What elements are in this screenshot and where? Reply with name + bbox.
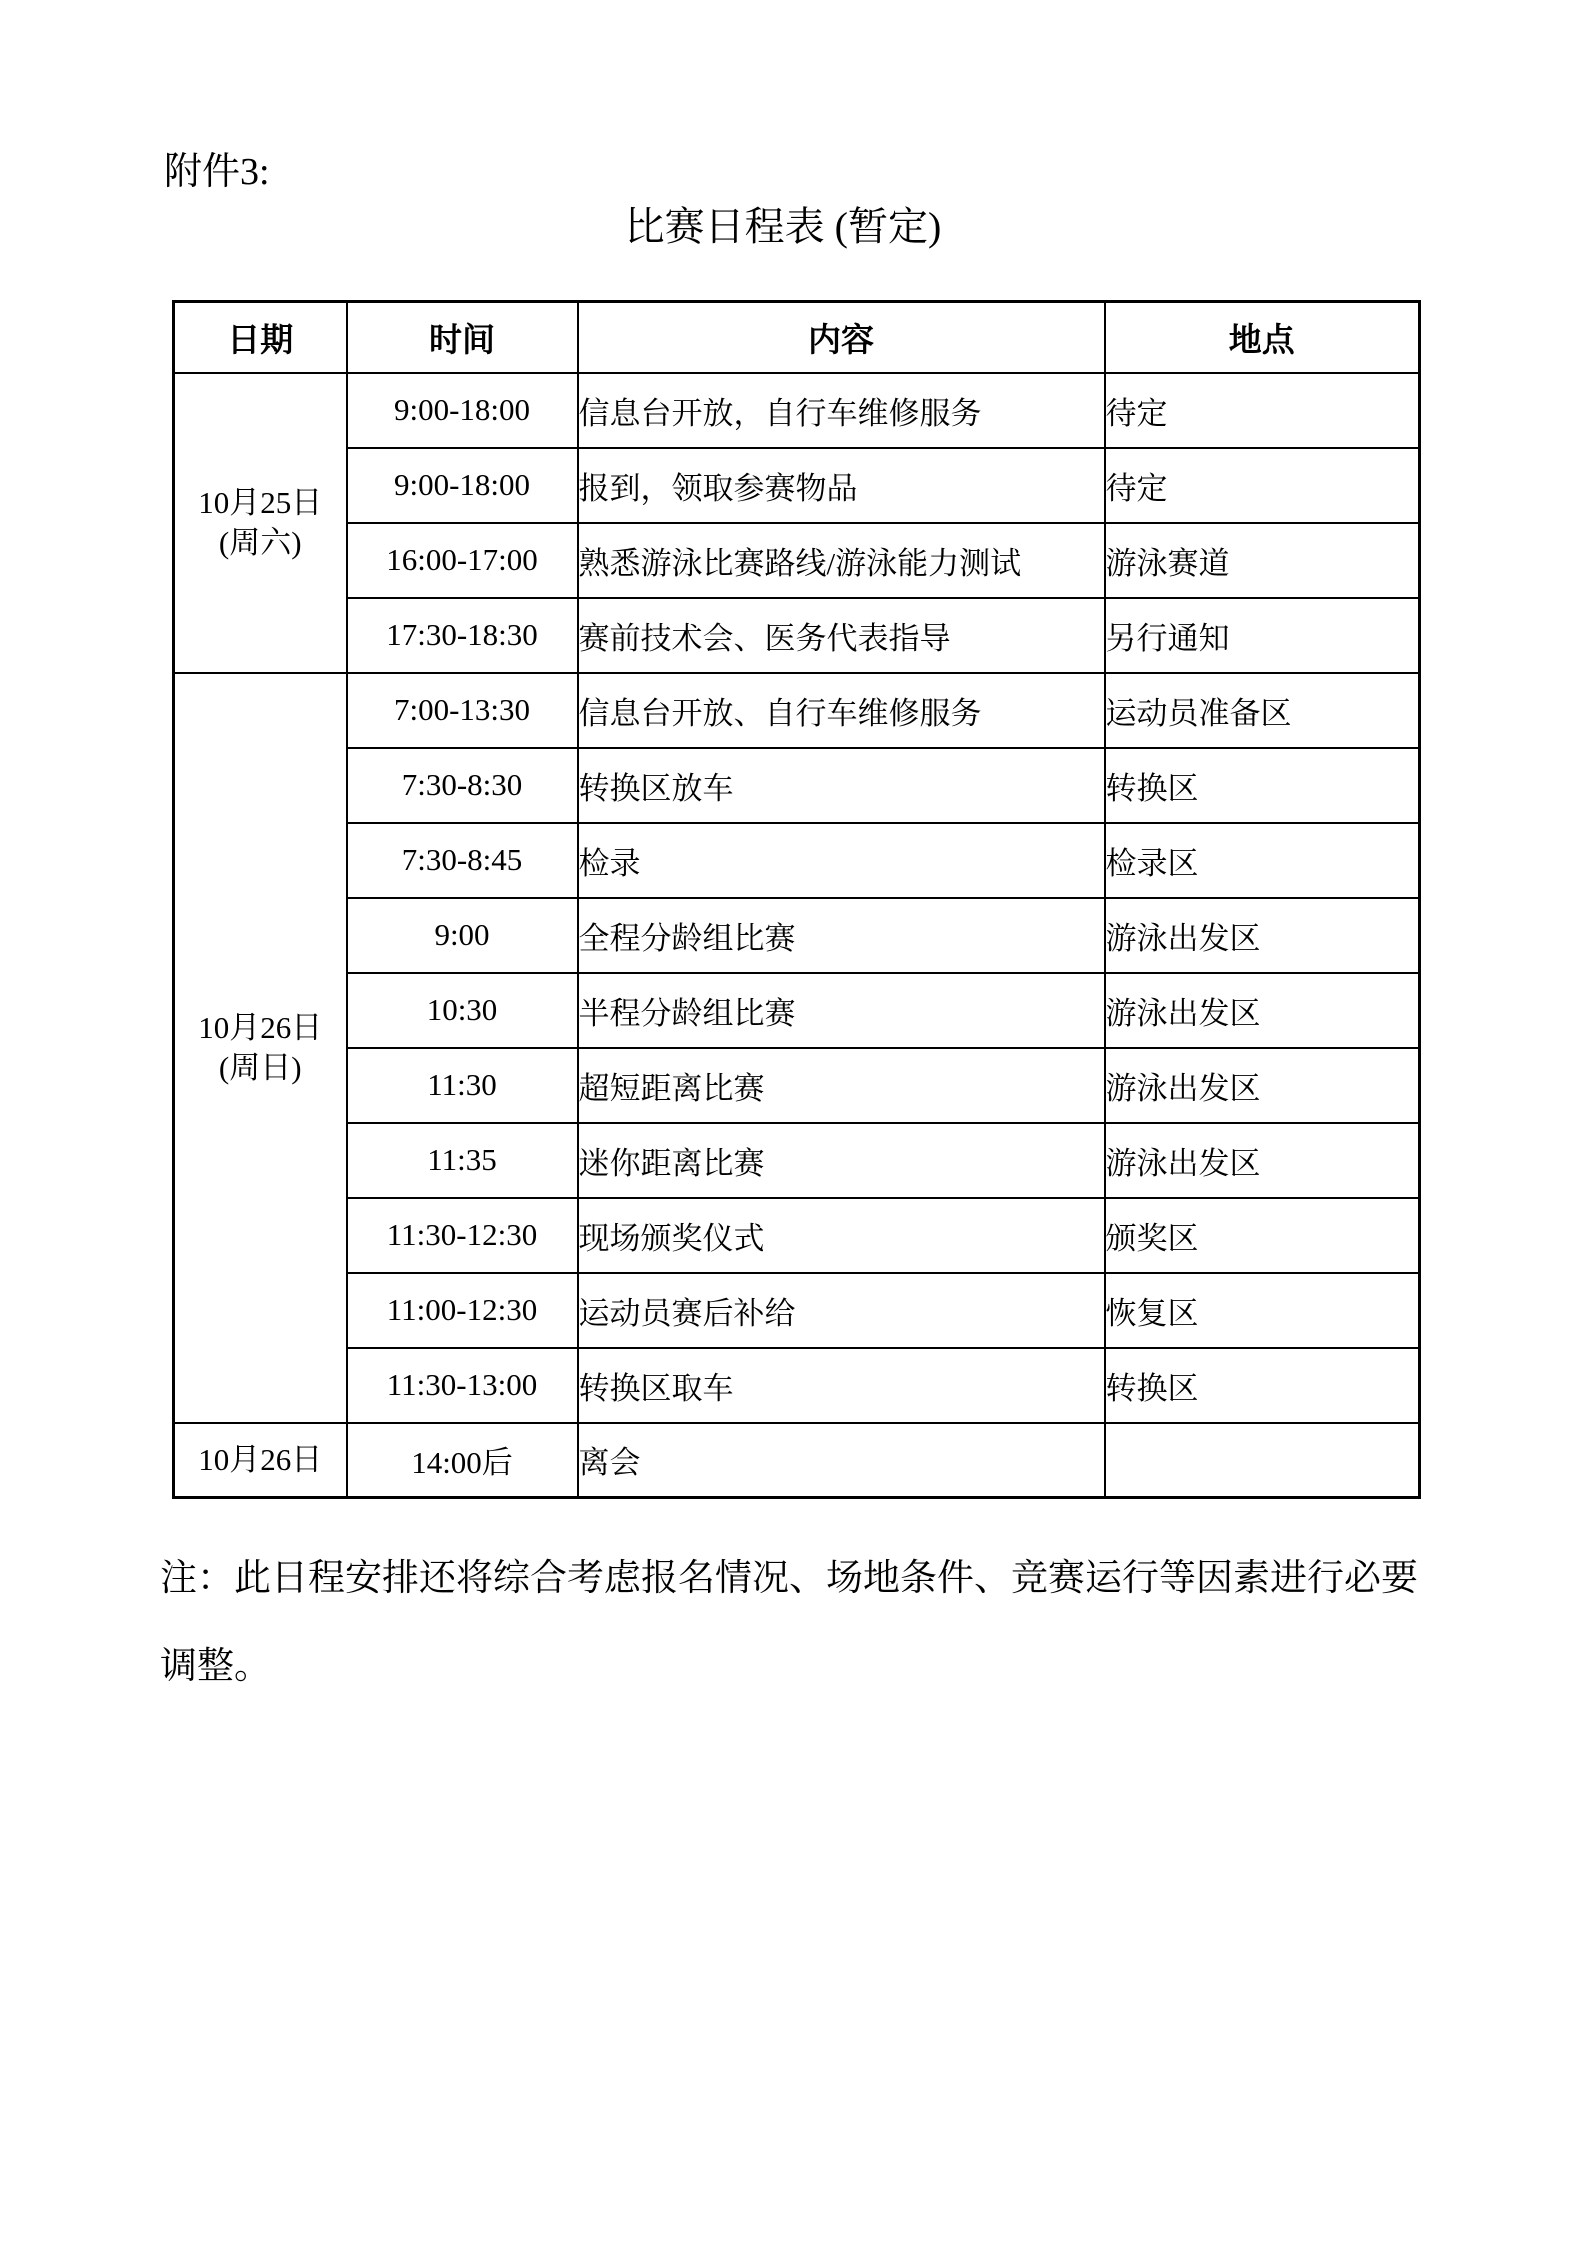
table-body: 10月25日(周六)9:00-18:00信息台开放，自行车维修服务待定9:00-…	[174, 373, 1420, 1498]
weekday-text: (周六)	[175, 523, 346, 563]
location-cell: 颁奖区	[1105, 1198, 1420, 1273]
table-row: 11:35迷你距离比赛游泳出发区	[174, 1123, 1420, 1198]
content-cell: 迷你距离比赛	[578, 1123, 1105, 1198]
location-cell: 检录区	[1105, 823, 1420, 898]
date-cell: 10月26日(周日)	[174, 673, 347, 1423]
time-cell: 17:30-18:30	[347, 598, 578, 673]
header-content: 内容	[578, 302, 1105, 373]
table-row: 16:00-17:00熟悉游泳比赛路线/游泳能力测试游泳赛道	[174, 523, 1420, 598]
location-cell: 运动员准备区	[1105, 673, 1420, 748]
table-row: 9:00全程分龄组比赛游泳出发区	[174, 898, 1420, 973]
table-row: 11:30-13:00转换区取车转换区	[174, 1348, 1420, 1423]
time-cell: 11:30	[347, 1048, 578, 1123]
time-cell: 9:00-18:00	[347, 373, 578, 448]
attachment-label: 附件3:	[164, 140, 270, 195]
time-cell: 10:30	[347, 973, 578, 1048]
footnote: 注：此日程安排还将综合考虑报名情况、场地条件、竞赛运行等因素进行必要 调整。	[160, 1547, 1418, 1689]
time-cell: 9:00	[347, 898, 578, 973]
table-row: 9:00-18:00报到，领取参赛物品待定	[174, 448, 1420, 523]
content-cell: 信息台开放，自行车维修服务	[578, 373, 1105, 448]
time-cell: 14:00后	[347, 1423, 578, 1498]
schedule-table: 日期 时间 内容 地点 10月25日(周六)9:00-18:00信息台开放，自行…	[172, 300, 1421, 1499]
content-cell: 全程分龄组比赛	[578, 898, 1105, 973]
table-header: 日期 时间 内容 地点	[174, 302, 1420, 373]
table-row: 11:00-12:30运动员赛后补给恢复区	[174, 1273, 1420, 1348]
location-cell	[1105, 1423, 1420, 1498]
date-text: 10月25日	[175, 483, 346, 523]
table-row: 10月26日(周日)7:00-13:30信息台开放、自行车维修服务运动员准备区	[174, 673, 1420, 748]
location-cell: 转换区	[1105, 1348, 1420, 1423]
table-row: 11:30-12:30现场颁奖仪式颁奖区	[174, 1198, 1420, 1273]
table-row: 10月25日(周六)9:00-18:00信息台开放，自行车维修服务待定	[174, 373, 1420, 448]
location-cell: 游泳出发区	[1105, 1048, 1420, 1123]
table-row: 10:30半程分龄组比赛游泳出发区	[174, 973, 1420, 1048]
content-cell: 赛前技术会、医务代表指导	[578, 598, 1105, 673]
weekday-text: (周日)	[175, 1048, 346, 1088]
content-cell: 熟悉游泳比赛路线/游泳能力测试	[578, 523, 1105, 598]
content-cell: 现场颁奖仪式	[578, 1198, 1105, 1273]
location-cell: 待定	[1105, 373, 1420, 448]
location-cell: 游泳赛道	[1105, 523, 1420, 598]
time-cell: 11:35	[347, 1123, 578, 1198]
header-time: 时间	[347, 302, 578, 373]
time-cell: 7:30-8:30	[347, 748, 578, 823]
date-cell: 10月25日(周六)	[174, 373, 347, 673]
content-cell: 运动员赛后补给	[578, 1273, 1105, 1348]
time-cell: 16:00-17:00	[347, 523, 578, 598]
header-location: 地点	[1105, 302, 1420, 373]
content-cell: 离会	[578, 1423, 1105, 1498]
document-page: { "page": { "attachment_label": "附件3:", …	[0, 0, 1587, 2245]
content-cell: 半程分龄组比赛	[578, 973, 1105, 1048]
header-row: 日期 时间 内容 地点	[174, 302, 1420, 373]
content-cell: 超短距离比赛	[578, 1048, 1105, 1123]
table-row: 11:30超短距离比赛游泳出发区	[174, 1048, 1420, 1123]
page-title: 比赛日程表 (暂定)	[0, 195, 1566, 252]
content-cell: 转换区放车	[578, 748, 1105, 823]
date-cell: 10月26日	[174, 1423, 347, 1498]
table-row: 10月26日14:00后离会	[174, 1423, 1420, 1498]
date-text: 10月26日	[175, 1008, 346, 1048]
table-row: 17:30-18:30赛前技术会、医务代表指导另行通知	[174, 598, 1420, 673]
footnote-line1: 注：此日程安排还将综合考虑报名情况、场地条件、竞赛运行等因素进行必要	[160, 1547, 1418, 1635]
location-cell: 游泳出发区	[1105, 898, 1420, 973]
time-cell: 9:00-18:00	[347, 448, 578, 523]
content-cell: 检录	[578, 823, 1105, 898]
location-cell: 转换区	[1105, 748, 1420, 823]
location-cell: 待定	[1105, 448, 1420, 523]
location-cell: 另行通知	[1105, 598, 1420, 673]
footnote-line2: 调整。	[160, 1635, 1418, 1689]
content-cell: 信息台开放、自行车维修服务	[578, 673, 1105, 748]
time-cell: 11:00-12:30	[347, 1273, 578, 1348]
time-cell: 7:30-8:45	[347, 823, 578, 898]
date-text: 10月26日	[175, 1440, 346, 1480]
content-cell: 报到，领取参赛物品	[578, 448, 1105, 523]
header-date: 日期	[174, 302, 347, 373]
content-cell: 转换区取车	[578, 1348, 1105, 1423]
time-cell: 7:00-13:30	[347, 673, 578, 748]
location-cell: 游泳出发区	[1105, 973, 1420, 1048]
table-row: 7:30-8:45检录检录区	[174, 823, 1420, 898]
location-cell: 恢复区	[1105, 1273, 1420, 1348]
location-cell: 游泳出发区	[1105, 1123, 1420, 1198]
table-row: 7:30-8:30转换区放车转换区	[174, 748, 1420, 823]
time-cell: 11:30-13:00	[347, 1348, 578, 1423]
time-cell: 11:30-12:30	[347, 1198, 578, 1273]
